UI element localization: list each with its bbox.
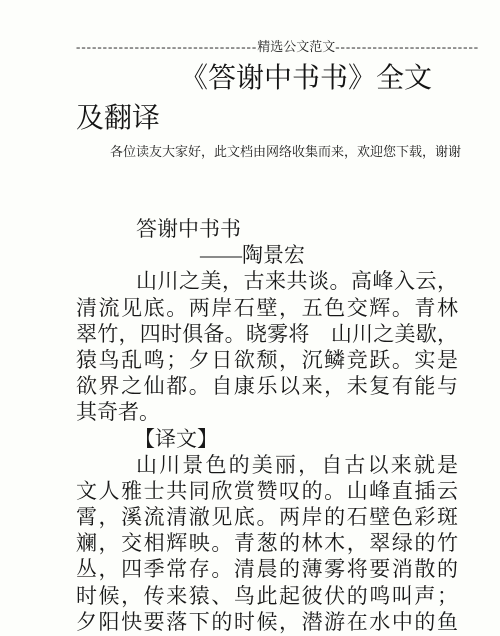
header-dashes-left: ---------------------------------- [76,39,257,54]
document-title: 《答谢中书书》全文及翻译 [76,59,458,139]
text-line: 霄，溪流清澈见底。两岸的石壁色彩斑 [76,504,458,530]
document-page: ----------------------------------精选公文范文… [0,0,500,636]
text-line: 夕阳快要落下的时候，潜游在水中的鱼 [76,609,458,635]
text-line: 文人雅士共同欣赏赞叹的。山峰直插云 [76,478,458,504]
text-line: 翠竹，四时俱备。晓雾将 山川之美歇， [76,321,458,347]
document-subtitle: 各位读友大家好，此文档由网络收集而来，欢迎您下载，谢谢 [76,143,458,161]
text-line: ——陶景宏 [76,242,458,268]
text-line: 【译文】 [76,426,458,452]
text-line: 丛，四季常存。清晨的薄雾将要消散的 [76,556,458,582]
text-line: 欲界之仙都。自康乐以来，未复有能与 [76,373,458,399]
text-line: 清流见底。两岸石壁，五色交辉。青林 [76,295,458,321]
page-header: ----------------------------------精选公文范文… [76,40,458,54]
text-line: 山川景色的美丽，自古以来就是 [76,452,458,478]
header-label: 精选公文范文 [257,39,335,54]
text-line: 斓，交相辉映。青葱的林木，翠绿的竹 [76,530,458,556]
title-line: 及翻译 [76,99,458,139]
title-line: 《答谢中书书》全文 [76,59,458,99]
text-line: 答谢中书书 [76,216,458,242]
header-dashes-right: --------------------------- [335,39,479,54]
text-line: 猿鸟乱鸣；夕日欲颓，沉鳞竞跃。实是 [76,347,458,373]
text-line: 山川之美，古来共谈。高峰入云， [76,268,458,294]
text-line: 其奇者。 [76,399,458,425]
document-body: 答谢中书书——陶景宏山川之美，古来共谈。高峰入云，清流见底。两岸石壁，五色交辉。… [76,216,458,635]
text-line: 时候，传来猿、鸟此起彼伏的鸣叫声； [76,583,458,609]
